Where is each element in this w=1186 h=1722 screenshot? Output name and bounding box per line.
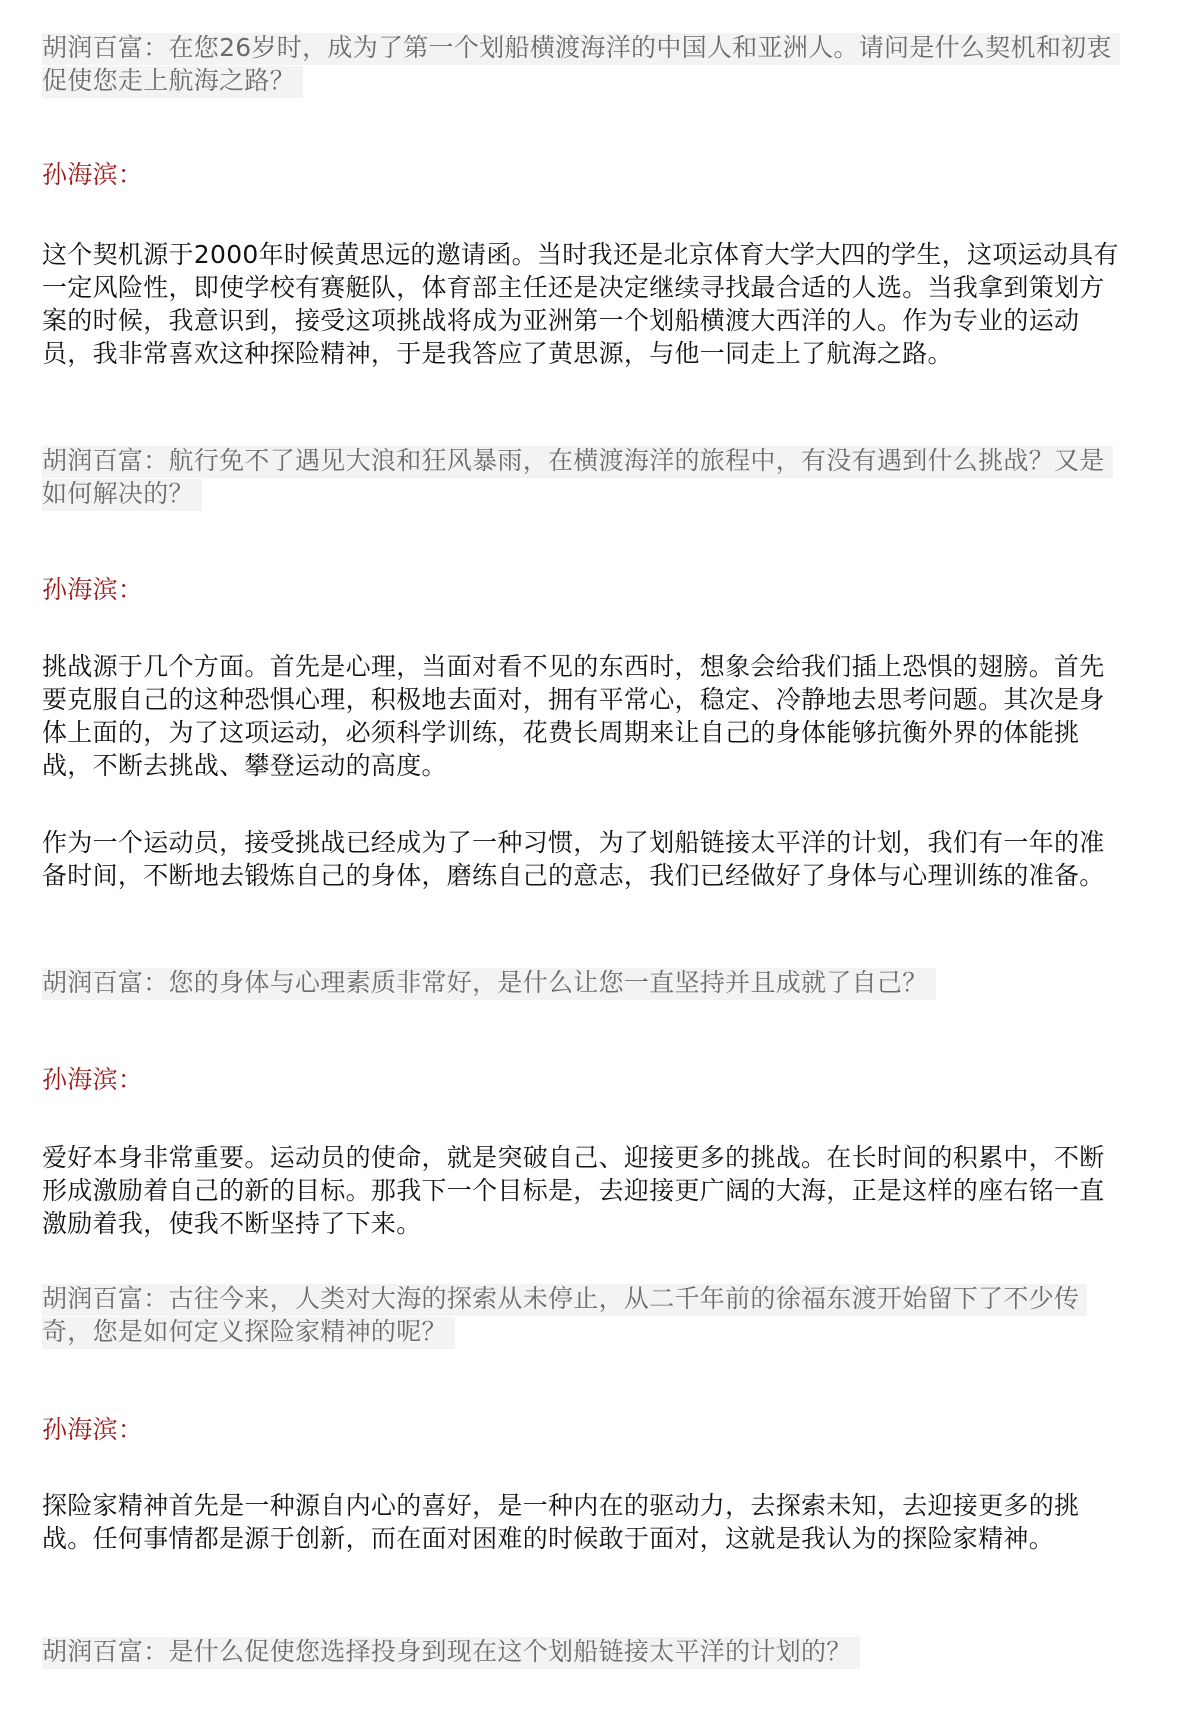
answer-4-paragraph-1: 探险家精神首先是一种源自内心的喜好，是一种内在的驱动力，去探索未知，去迎接更多的… (42, 1489, 1122, 1555)
answer-2-paragraph-2: 作为一个运动员，接受挑战已经成为了一种习惯，为了划船链接太平洋的计划，我们有一年… (42, 826, 1122, 892)
question-3: 胡润百富：您的身体与心理素质非常好，是什么让您一直坚持并且成就了自己？ (42, 966, 1122, 999)
question-2: 胡润百富：航行免不了遇见大浪和狂风暴雨，在横渡海洋的旅程中，有没有遇到什么挑战？… (42, 444, 1122, 510)
speaker-label-1: 孙海滨： (42, 158, 1122, 191)
answer-2-paragraph-1: 挑战源于几个方面。首先是心理，当面对看不见的东西时，想象会给我们插上恐惧的翅膀。… (42, 650, 1122, 782)
speaker-label-2: 孙海滨： (42, 573, 1122, 606)
speaker-label-3: 孙海滨： (42, 1063, 1122, 1096)
answer-1-paragraph-1: 这个契机源于2000年时候黄思远的邀请函。当时我还是北京体育大学大四的学生，这项… (42, 238, 1122, 370)
question-4: 胡润百富：古往今来，人类对大海的探索从未停止，从二千年前的徐福东渡开始留下了不少… (42, 1282, 1122, 1348)
answer-3-paragraph-1: 爱好本身非常重要。运动员的使命，就是突破自己、迎接更多的挑战。在长时间的积累中，… (42, 1141, 1122, 1240)
question-1: 胡润百富：在您26岁时，成为了第一个划船横渡海洋的中国人和亚洲人。请问是什么契机… (42, 31, 1122, 97)
speaker-label-4: 孙海滨： (42, 1413, 1122, 1446)
question-5: 胡润百富：是什么促使您选择投身到现在这个划船链接太平洋的计划的？ (42, 1635, 1122, 1668)
